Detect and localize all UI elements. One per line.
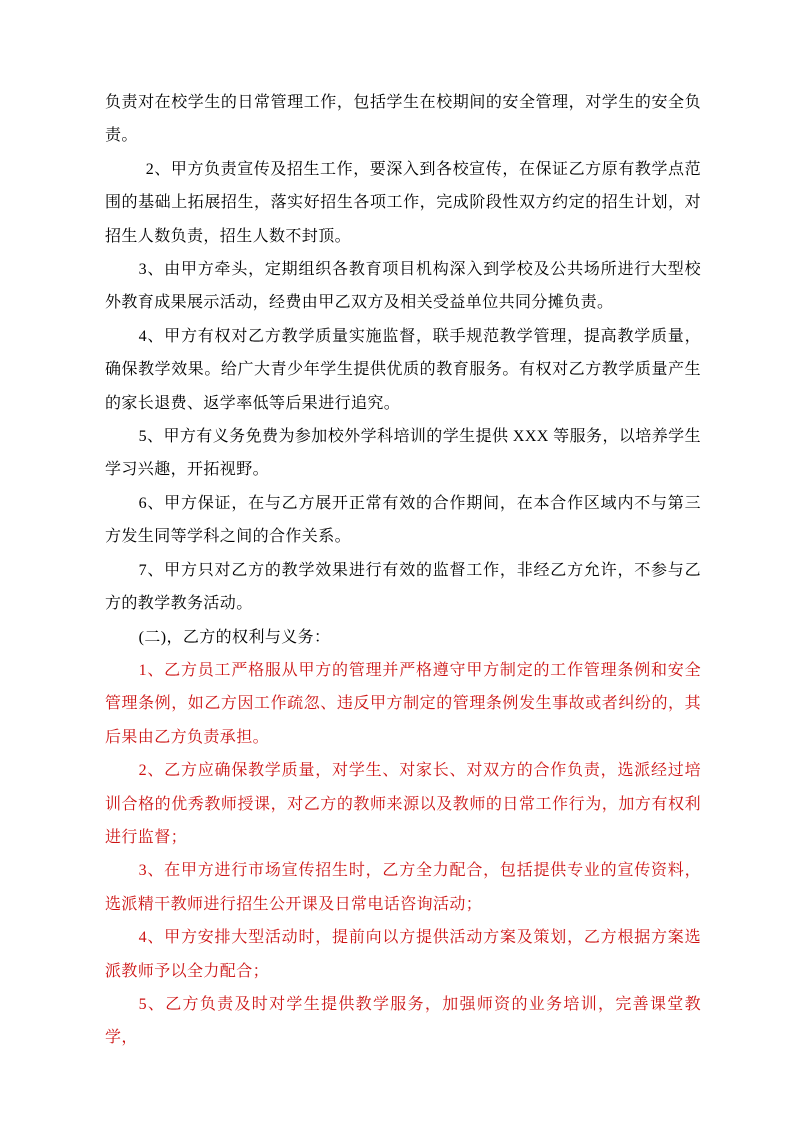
paragraph: (二)，乙方的权利与义务：	[105, 621, 701, 654]
paragraph: 负责对在校学生的日常管理工作，包括学生在校期间的安全管理，对学生的安全负责。	[105, 86, 701, 153]
paragraph: 3、由甲方牵头，定期组织各教育项目机构深入到学校及公共场所进行大型校外教育成果展…	[105, 253, 701, 320]
paragraph: 6、甲方保证，在与乙方展开正常有效的合作期间，在本合作区域内不与第三方发生同等学…	[105, 487, 701, 554]
contract-body-text: 负责对在校学生的日常管理工作，包括学生在校期间的安全管理，对学生的安全负责。2、…	[105, 86, 701, 1055]
paragraph: 5、乙方负责及时对学生提供教学服务，加强师资的业务培训，完善课堂教学，	[105, 988, 701, 1055]
paragraph: 4、甲方安排大型活动时，提前向以方提供活动方案及策划，乙方根据方案选派教师予以全…	[105, 921, 701, 988]
paragraph: 7、甲方只对乙方的教学效果进行有效的监督工作，非经乙方允许，不参与乙方的教学教务…	[105, 554, 701, 621]
paragraph: 2、甲方负责宣传及招生工作，要深入到各校宣传，在保证乙方原有教学点范围的基础上拓…	[105, 153, 701, 253]
document-page: 负责对在校学生的日常管理工作，包括学生在校期间的安全管理，对学生的安全负责。2、…	[0, 0, 794, 1123]
paragraph: 4、甲方有权对乙方教学质量实施监督，联手规范教学管理，提高教学质量，确保教学效果…	[105, 320, 701, 420]
paragraph: 1、乙方员工严格服从甲方的管理并严格遵守甲方制定的工作管理条例和安全管理条例，如…	[105, 654, 701, 754]
paragraph: 3、在甲方进行市场宣传招生时，乙方全力配合，包括提供专业的宣传资料，选派精干教师…	[105, 854, 701, 921]
paragraph: 2、乙方应确保教学质量，对学生、对家长、对双方的合作负责，选派经过培训合格的优秀…	[105, 754, 701, 854]
paragraph: 5、甲方有义务免费为参加校外学科培训的学生提供 XXX 等服务，以培养学生学习兴…	[105, 420, 701, 487]
